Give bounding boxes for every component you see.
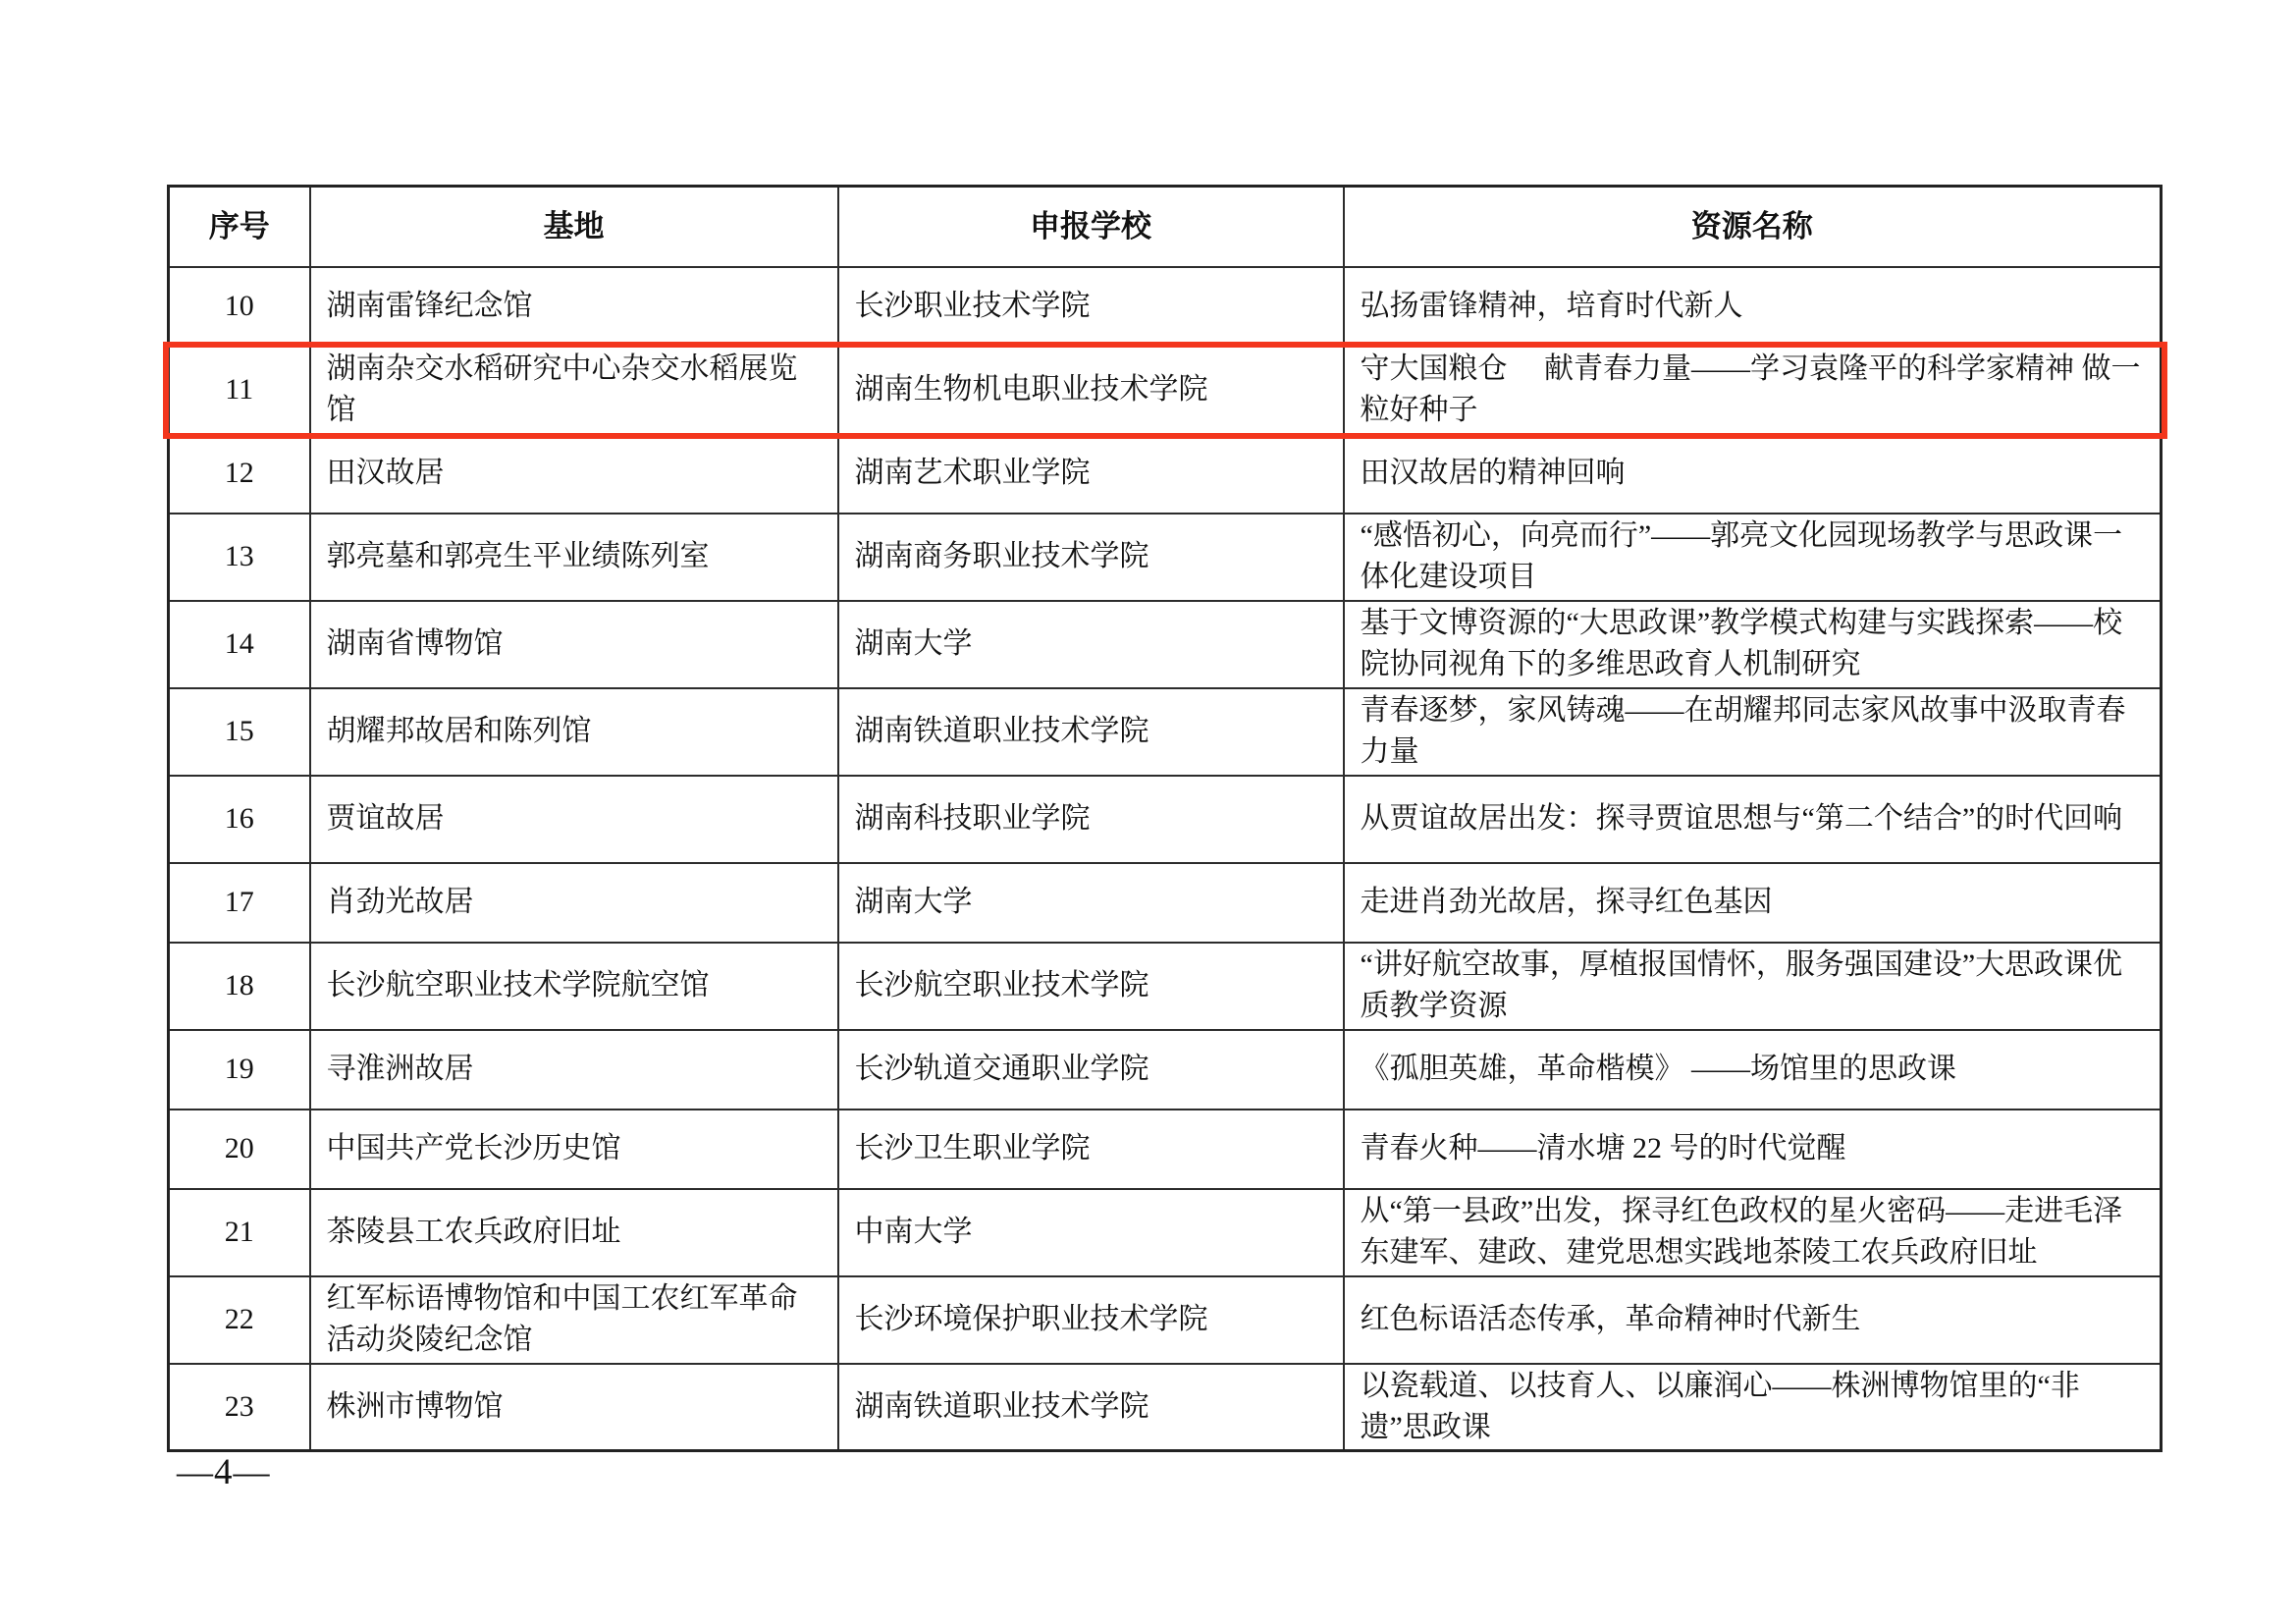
cell-school: 湖南艺术职业学院 (838, 434, 1344, 514)
col-header-school: 申报学校 (838, 187, 1344, 267)
cell-index: 18 (169, 943, 310, 1030)
table-row: 10 湖南雷锋纪念馆 长沙职业技术学院 弘扬雷锋精神，培育时代新人 (169, 267, 2162, 347)
cell-base: 郭亮墓和郭亮生平业绩陈列室 (310, 514, 838, 601)
cell-base: 肖劲光故居 (310, 863, 838, 943)
table-row: 17 肖劲光故居 湖南大学 走进肖劲光故居，探寻红色基因 (169, 863, 2162, 943)
cell-school: 湖南科技职业学院 (838, 776, 1344, 863)
cell-base: 茶陵县工农兵政府旧址 (310, 1189, 838, 1276)
table-header-row: 序号 基地 申报学校 资源名称 (169, 187, 2162, 267)
cell-base: 湖南雷锋纪念馆 (310, 267, 838, 347)
cell-resource: 走进肖劲光故居，探寻红色基因 (1344, 863, 2162, 943)
cell-base: 湖南省博物馆 (310, 601, 838, 688)
cell-resource: 田汉故居的精神回响 (1344, 434, 2162, 514)
cell-index: 12 (169, 434, 310, 514)
cell-index: 20 (169, 1110, 310, 1189)
cell-base: 田汉故居 (310, 434, 838, 514)
cell-index: 16 (169, 776, 310, 863)
col-header-index: 序号 (169, 187, 310, 267)
cell-resource: 以瓷载道、以技育人、以廉润心——株洲博物馆里的“非遗”思政课 (1344, 1364, 2162, 1451)
cell-index: 14 (169, 601, 310, 688)
cell-index: 15 (169, 688, 310, 776)
table-row: 23 株洲市博物馆 湖南铁道职业技术学院 以瓷载道、以技育人、以廉润心——株洲博… (169, 1364, 2162, 1451)
cell-index: 13 (169, 514, 310, 601)
cell-resource: 基于文博资源的“大思政课”教学模式构建与实践探索——校院协同视角下的多维思政育人… (1344, 601, 2162, 688)
cell-school: 湖南商务职业技术学院 (838, 514, 1344, 601)
cell-index: 17 (169, 863, 310, 943)
cell-resource: 弘扬雷锋精神，培育时代新人 (1344, 267, 2162, 347)
col-header-base: 基地 (310, 187, 838, 267)
cell-resource: 青春逐梦，家风铸魂——在胡耀邦同志家风故事中汲取青春力量 (1344, 688, 2162, 776)
cell-index: 23 (169, 1364, 310, 1451)
cell-index: 10 (169, 267, 310, 347)
cell-resource: 红色标语活态传承，革命精神时代新生 (1344, 1276, 2162, 1364)
document-page: 序号 基地 申报学校 资源名称 10 湖南雷锋纪念馆 长沙职业技术学院 弘扬雷锋… (0, 0, 2296, 1624)
cell-base: 湖南杂交水稻研究中心杂交水稻展览馆 (310, 347, 838, 434)
table-row: 13 郭亮墓和郭亮生平业绩陈列室 湖南商务职业技术学院 “感悟初心，向亮而行”—… (169, 514, 2162, 601)
cell-base: 寻淮洲故居 (310, 1030, 838, 1110)
cell-resource: 守大国粮仓 献青春力量——学习袁隆平的科学家精神 做一粒好种子 (1344, 347, 2162, 434)
col-header-resource: 资源名称 (1344, 187, 2162, 267)
table-row: 12 田汉故居 湖南艺术职业学院 田汉故居的精神回响 (169, 434, 2162, 514)
table-row: 19 寻淮洲故居 长沙轨道交通职业学院 《孤胆英雄，革命楷模》 ——场馆里的思政… (169, 1030, 2162, 1110)
cell-school: 中南大学 (838, 1189, 1344, 1276)
cell-index: 22 (169, 1276, 310, 1364)
cell-school: 湖南铁道职业技术学院 (838, 688, 1344, 776)
cell-school: 长沙轨道交通职业学院 (838, 1030, 1344, 1110)
cell-index: 21 (169, 1189, 310, 1276)
table-row: 14 湖南省博物馆 湖南大学 基于文博资源的“大思政课”教学模式构建与实践探索—… (169, 601, 2162, 688)
cell-school: 湖南生物机电职业技术学院 (838, 347, 1344, 434)
table-row: 22 红军标语博物馆和中国工农红军革命活动炎陵纪念馆 长沙环境保护职业技术学院 … (169, 1276, 2162, 1364)
page-number: —4— (177, 1451, 271, 1493)
table-row: 21 茶陵县工农兵政府旧址 中南大学 从“第一县政”出发，探寻红色政权的星火密码… (169, 1189, 2162, 1276)
cell-school: 长沙环境保护职业技术学院 (838, 1276, 1344, 1364)
cell-resource: 从贾谊故居出发：探寻贾谊思想与“第二个结合”的时代回响 (1344, 776, 2162, 863)
table-row: 20 中国共产党长沙历史馆 长沙卫生职业学院 青春火种——清水塘 22 号的时代… (169, 1110, 2162, 1189)
cell-resource: “感悟初心，向亮而行”——郭亮文化园现场教学与思政课一体化建设项目 (1344, 514, 2162, 601)
resources-table: 序号 基地 申报学校 资源名称 10 湖南雷锋纪念馆 长沙职业技术学院 弘扬雷锋… (167, 185, 2163, 1452)
cell-index: 11 (169, 347, 310, 434)
cell-base: 红军标语博物馆和中国工农红军革命活动炎陵纪念馆 (310, 1276, 838, 1364)
cell-school: 长沙卫生职业学院 (838, 1110, 1344, 1189)
table-row: 18 长沙航空职业技术学院航空馆 长沙航空职业技术学院 “讲好航空故事，厚植报国… (169, 943, 2162, 1030)
cell-school: 湖南大学 (838, 601, 1344, 688)
cell-base: 中国共产党长沙历史馆 (310, 1110, 838, 1189)
cell-base: 长沙航空职业技术学院航空馆 (310, 943, 838, 1030)
table-row: 15 胡耀邦故居和陈列馆 湖南铁道职业技术学院 青春逐梦，家风铸魂——在胡耀邦同… (169, 688, 2162, 776)
cell-index: 19 (169, 1030, 310, 1110)
cell-base: 胡耀邦故居和陈列馆 (310, 688, 838, 776)
cell-resource: “讲好航空故事，厚植报国情怀，服务强国建设”大思政课优质教学资源 (1344, 943, 2162, 1030)
cell-resource: 青春火种——清水塘 22 号的时代觉醒 (1344, 1110, 2162, 1189)
cell-resource: 《孤胆英雄，革命楷模》 ——场馆里的思政课 (1344, 1030, 2162, 1110)
table-row-highlighted: 11 湖南杂交水稻研究中心杂交水稻展览馆 湖南生物机电职业技术学院 守大国粮仓 … (169, 347, 2162, 434)
cell-school: 长沙职业技术学院 (838, 267, 1344, 347)
cell-base: 株洲市博物馆 (310, 1364, 838, 1451)
cell-base: 贾谊故居 (310, 776, 838, 863)
table-row: 16 贾谊故居 湖南科技职业学院 从贾谊故居出发：探寻贾谊思想与“第二个结合”的… (169, 776, 2162, 863)
cell-school: 湖南铁道职业技术学院 (838, 1364, 1344, 1451)
cell-school: 湖南大学 (838, 863, 1344, 943)
cell-school: 长沙航空职业技术学院 (838, 943, 1344, 1030)
cell-resource: 从“第一县政”出发，探寻红色政权的星火密码——走进毛泽东建军、建政、建党思想实践… (1344, 1189, 2162, 1276)
